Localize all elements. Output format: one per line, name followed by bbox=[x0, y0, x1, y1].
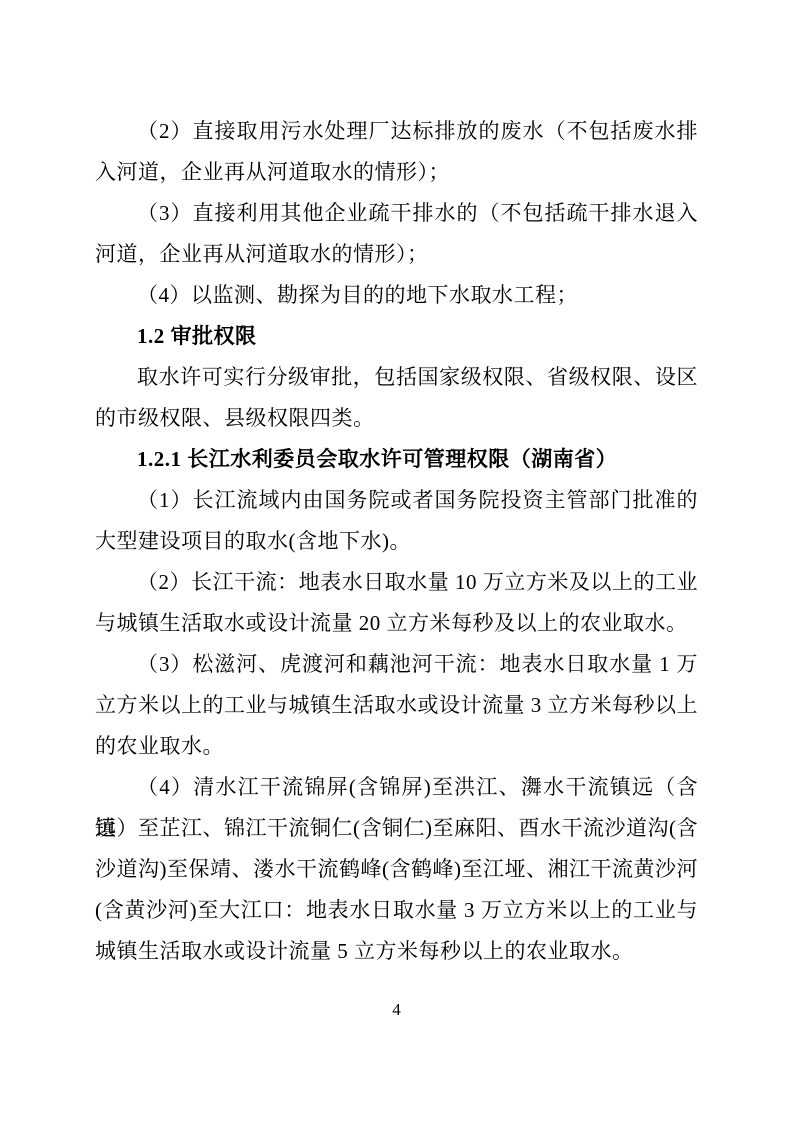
text-line: 远）至芷江、锦江干流铜仁(含铜仁)至麻阳、酉水干流沙道沟(含 bbox=[95, 808, 698, 849]
text-line: （3）直接利用其他企业疏干排水的（不包括疏干排水退入 bbox=[95, 193, 698, 234]
text-line: (含黄沙河)至大江口：地表水日取水量 3 万立方米以上的工业与 bbox=[95, 890, 698, 931]
text-line: （2）直接取用污水处理厂达标排放的废水（不包括废水排 bbox=[95, 111, 698, 152]
section-heading: 1.2 审批权限 bbox=[95, 316, 698, 357]
text-line: （4）以监测、勘探为目的的地下水取水工程； bbox=[95, 275, 698, 316]
document-body: （2）直接取用污水处理厂达标排放的废水（不包括废水排 入河道，企业再从河道取水的… bbox=[95, 111, 698, 972]
text-line: 大型建设项目的取水(含地下水)。 bbox=[95, 521, 698, 562]
text-line: 的农业取水。 bbox=[95, 726, 698, 767]
subsection-heading: 1.2.1 长江水利委员会取水许可管理权限（湖南省） bbox=[95, 439, 698, 480]
text-line: （1）长江流域内由国务院或者国务院投资主管部门批准的 bbox=[95, 480, 698, 521]
text-line: （3）松滋河、虎渡河和藕池河干流：地表水日取水量 1 万 bbox=[95, 644, 698, 685]
text-line: 的市级权限、县级权限四类。 bbox=[95, 398, 698, 439]
text-line: （4）清水江干流锦屏(含锦屏)至洪江、㵲水干流镇远（含镇 bbox=[95, 767, 698, 808]
text-line: 与城镇生活取水或设计流量 20 立方米每秒及以上的农业取水。 bbox=[95, 603, 698, 644]
document-page: （2）直接取用污水处理厂达标排放的废水（不包括废水排 入河道，企业再从河道取水的… bbox=[0, 0, 793, 1122]
text-line: 立方米以上的工业与城镇生活取水或设计流量 3 立方米每秒以上 bbox=[95, 685, 698, 726]
text-line: 城镇生活取水或设计流量 5 立方米每秒以上的农业取水。 bbox=[95, 931, 698, 972]
text-line: （2）长江干流：地表水日取水量 10 万立方米及以上的工业 bbox=[95, 562, 698, 603]
page-number: 4 bbox=[0, 998, 793, 1022]
text-line: 入河道，企业再从河道取水的情形）； bbox=[95, 152, 698, 193]
text-line: 取水许可实行分级审批，包括国家级权限、省级权限、设区 bbox=[95, 357, 698, 398]
text-line: 沙道沟)至保靖、溇水干流鹤峰(含鹤峰)至江垭、湘江干流黄沙河 bbox=[95, 849, 698, 890]
text-line: 河道，企业再从河道取水的情形）； bbox=[95, 234, 698, 275]
